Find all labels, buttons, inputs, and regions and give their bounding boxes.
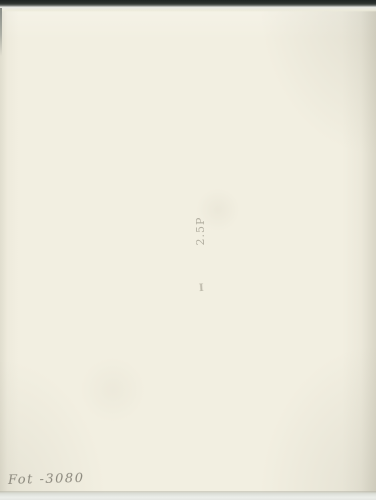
- photo-back-scan: 2.5P I Fot -3080: [0, 0, 376, 500]
- paper-left-edge-shadow: [0, 8, 2, 56]
- scanner-bottom-edge: [0, 491, 376, 500]
- pencil-grading-mark: 2.5P: [184, 208, 218, 254]
- catalog-number-handwriting: Fot -3080: [8, 471, 85, 488]
- pencil-numeral-mark: I: [199, 283, 204, 294]
- scanner-top-edge: [0, 0, 376, 12]
